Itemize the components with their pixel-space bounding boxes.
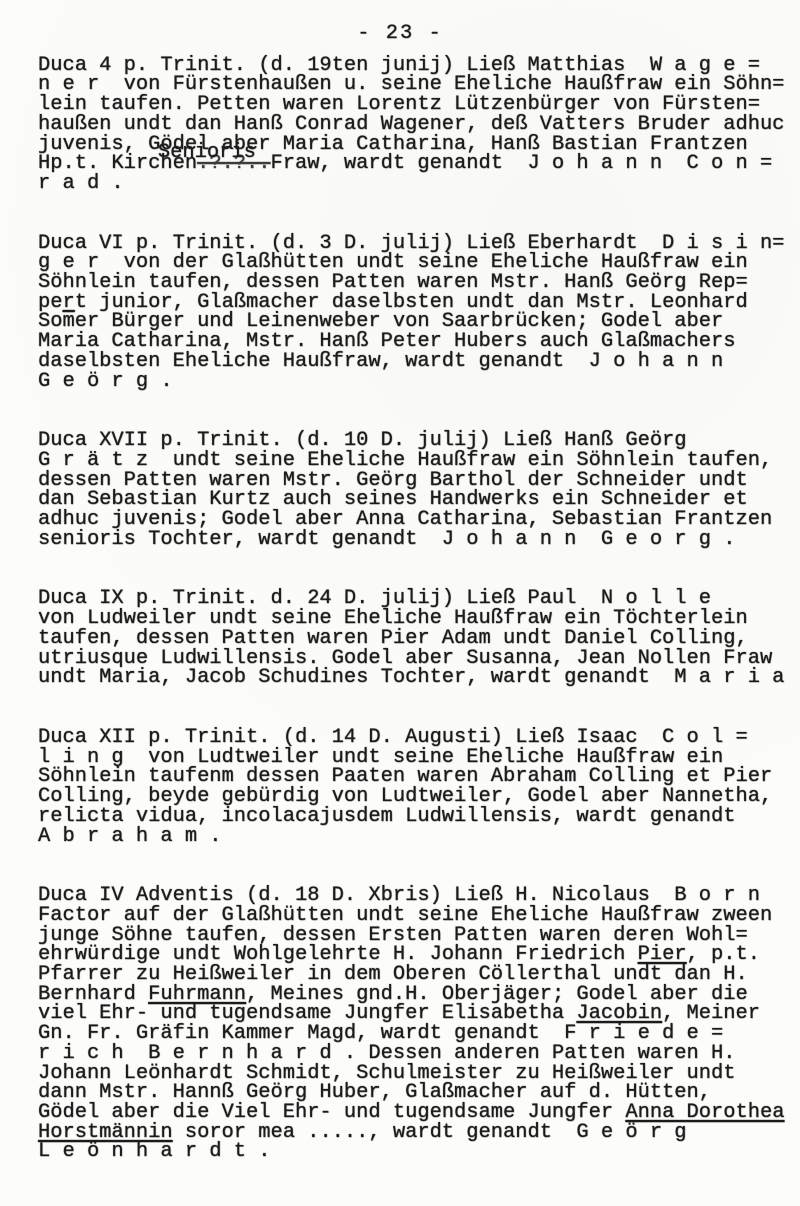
entry-text: t junior, Glaßmacher daselbsten undt dan…: [38, 291, 748, 393]
baptism-entry-2: Duca VI p. Trinit. (d. 3 D. julij) Ließ …: [38, 234, 800, 392]
entry-text: Duca XVII p. Trinit. (d. 10 D. julij) Li…: [38, 429, 772, 551]
baptism-entry-4: Duca IX p. Trinit. d. 24 D. julij) Ließ …: [38, 589, 800, 688]
entry-text: Duca IX p. Trinit. d. 24 D. julij) Ließ …: [38, 587, 784, 689]
entry-text: Duca XII p. Trinit. (d. 14 D. Augusti) L…: [38, 726, 772, 848]
typed-insertion: Senioris.?.?..: [197, 154, 270, 174]
baptism-entry-3: Duca XVII p. Trinit. (d. 10 D. julij) Li…: [38, 431, 800, 549]
insertion-struck-text: .?.?..: [197, 152, 270, 175]
page-number: - 23 -: [38, 24, 762, 44]
document-page: - 23 - Duca 4 p. Trinit. (d. 19ten junij…: [0, 0, 800, 1206]
baptism-entry-1: Duca 4 p. Trinit. (d. 19ten junij) Ließ …: [38, 56, 800, 194]
baptism-entry-6: Duca IV Adventis (d. 18 D. Xbris) Ließ H…: [38, 886, 800, 1162]
baptism-entry-5: Duca XII p. Trinit. (d. 14 D. Augusti) L…: [38, 728, 800, 846]
